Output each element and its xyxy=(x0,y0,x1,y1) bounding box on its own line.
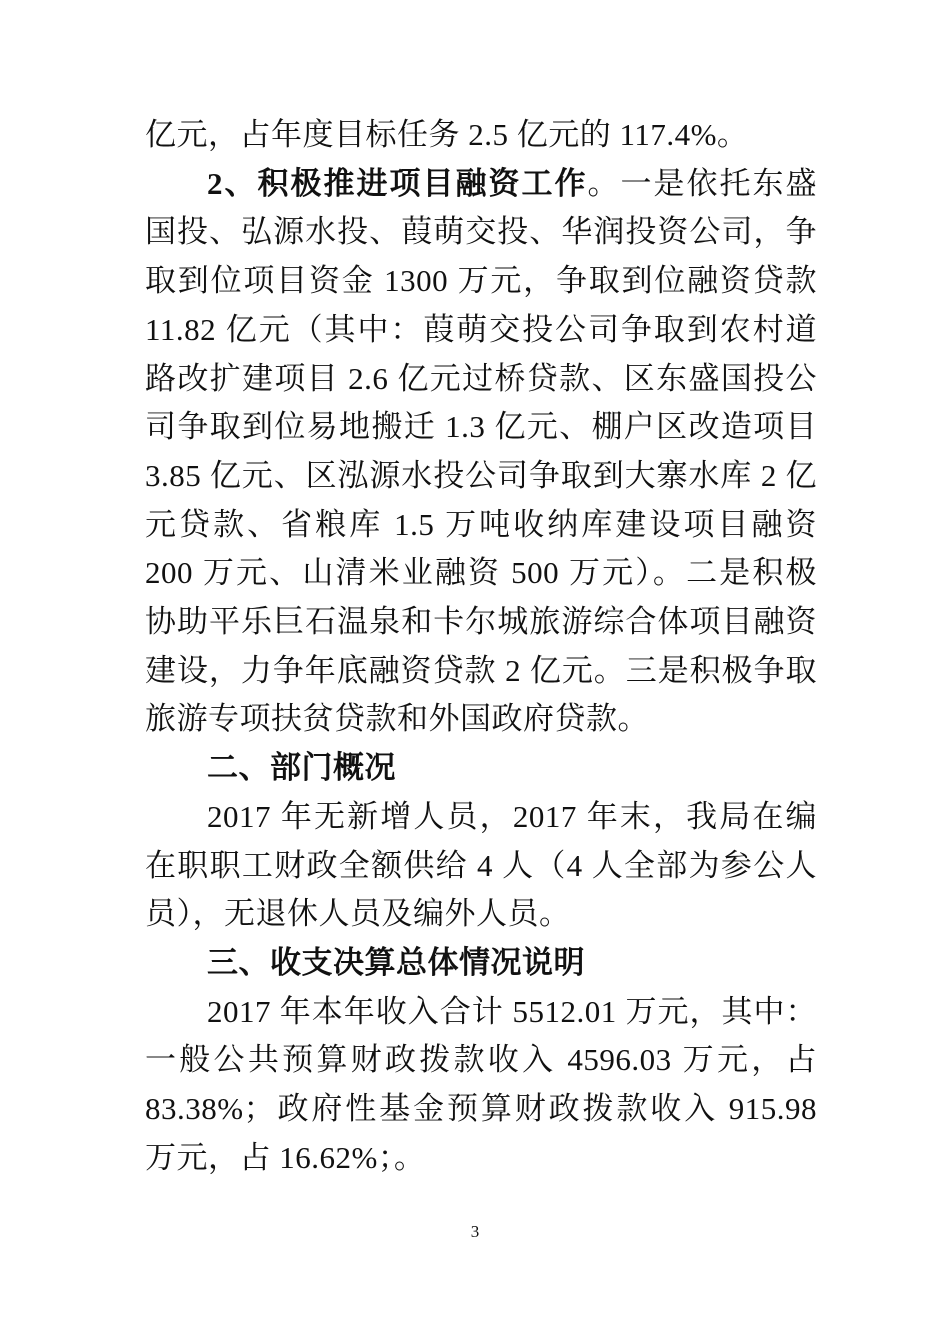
paragraph-target-completion-text: 亿元，占年度目标任务 2.5 亿元的 117.4%。 xyxy=(145,117,748,152)
document-body: 亿元，占年度目标任务 2.5 亿元的 117.4%。 2、积极推进项目融资工作。… xyxy=(145,111,817,1182)
paragraph-project-financing-lead: 2、积极推进项目融资工作 xyxy=(207,166,588,201)
heading-budget-overview: 三、收支决算总体情况说明 xyxy=(145,939,817,988)
paragraph-revenue-summary-text: 2017 年本年收入合计 5512.01 万元，其中：一般公共预算财政拨款收入 … xyxy=(145,994,817,1175)
paragraph-staffing-text: 2017 年无新增人员，2017 年末，我局在编在职职工财政全额供给 4 人（4… xyxy=(145,799,817,931)
paragraph-revenue-summary: 2017 年本年收入合计 5512.01 万元，其中：一般公共预算财政拨款收入 … xyxy=(145,988,817,1183)
heading-department-overview: 二、部门概况 xyxy=(145,744,817,793)
document-page: 亿元，占年度目标任务 2.5 亿元的 117.4%。 2、积极推进项目融资工作。… xyxy=(0,0,950,1343)
paragraph-target-completion: 亿元，占年度目标任务 2.5 亿元的 117.4%。 xyxy=(145,111,817,160)
page-number: 3 xyxy=(0,1221,950,1243)
paragraph-project-financing-text: 。一是依托东盛国投、弘源水投、葭萌交投、华润投资公司，争取到位项目资金 1300… xyxy=(145,166,817,737)
paragraph-staffing: 2017 年无新增人员，2017 年末，我局在编在职职工财政全额供给 4 人（4… xyxy=(145,793,817,939)
paragraph-project-financing: 2、积极推进项目融资工作。一是依托东盛国投、弘源水投、葭萌交投、华润投资公司，争… xyxy=(145,160,817,744)
